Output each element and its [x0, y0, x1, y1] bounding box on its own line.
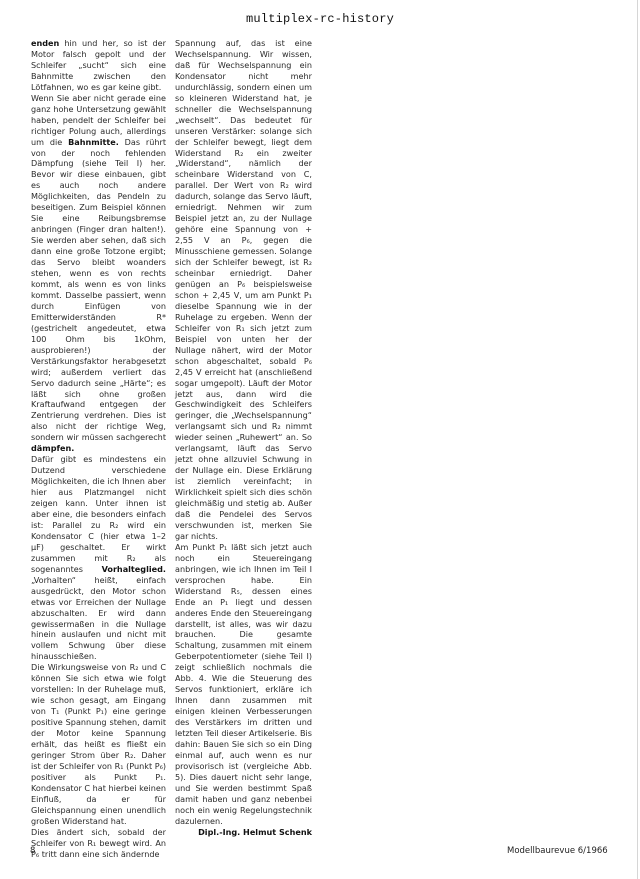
page-number: 8	[30, 846, 35, 856]
site-header: multiplex-rc-history	[0, 12, 640, 26]
paragraph: Am Punkt P₁ läßt sich jetzt auch noch ei…	[175, 542, 312, 827]
article-column-2: Spannung auf, das ist eine Wechselspannu…	[175, 38, 312, 838]
bold-lead: enden	[31, 38, 59, 48]
page-edge-divider	[637, 0, 638, 879]
emphasis: Bahnmitte.	[68, 137, 119, 147]
emphasis: dämpfen.	[31, 443, 74, 453]
paragraph: Spannung auf, das ist eine Wechselspannu…	[175, 38, 312, 542]
paragraph: enden hin und her, so ist der Motor fals…	[31, 38, 166, 93]
paragraph: Die Wirkungsweise von R₂ und C können Si…	[31, 662, 166, 826]
paragraph: Dies ändert sich, sobald der Schleifer v…	[31, 827, 166, 860]
publication-info: Modellbaurevue 6/1966	[507, 846, 608, 856]
article-column-1: enden hin und her, so ist der Motor fals…	[31, 38, 166, 859]
emphasis: Vorhalteglied.	[102, 564, 166, 574]
paragraph: Wenn Sie aber nicht gerade eine ganz hoh…	[31, 93, 166, 454]
paragraph: Dafür gibt es mindestens ein Dutzend ver…	[31, 454, 166, 662]
author-signature: Dipl.-Ing. Helmut Schenk	[175, 827, 312, 838]
